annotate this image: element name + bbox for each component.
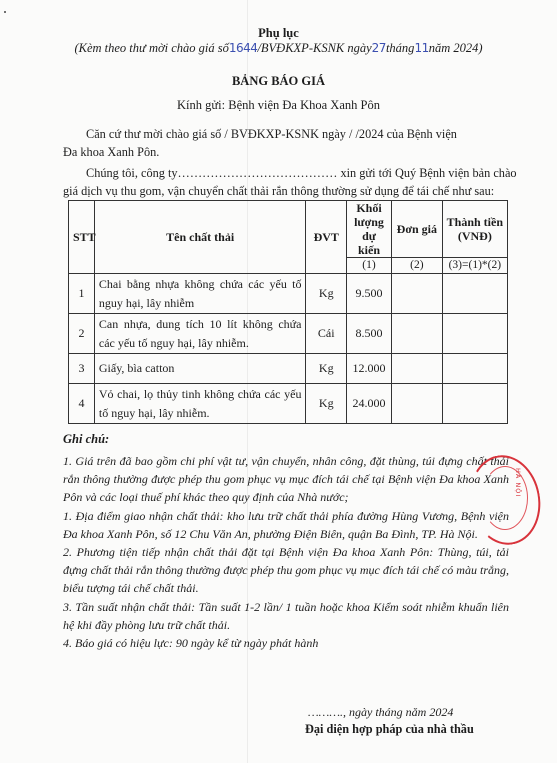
note-item: 1. Giá trên đã bao gồm chi phí vật tư, v… (63, 452, 509, 507)
cell-stt: 1 (69, 274, 95, 314)
cell-unit: Kg (306, 384, 347, 424)
cell-qty: 12.000 (347, 354, 392, 384)
cell-qty: 8.500 (347, 314, 392, 354)
para2-line1: Chúng tôi, công ty………………………………… xin gửi … (86, 166, 517, 181)
subtitle-month-label: tháng (386, 41, 414, 55)
cell-unit: Kg (306, 354, 347, 384)
cell-price (392, 384, 443, 424)
cell-name: Chai bằng nhựa không chứa các yếu tố ngu… (94, 274, 306, 314)
cell-total (442, 354, 507, 384)
cell-stt: 3 (69, 354, 95, 384)
scan-speck (4, 11, 6, 13)
cell-qty: 24.000 (347, 384, 392, 424)
handwritten-day: 27 (372, 41, 386, 55)
subtitle-suffix: năm 2024) (429, 41, 483, 55)
header-price: Đơn giá (392, 201, 443, 258)
table-row: 2 Can nhựa, dung tích 10 lít không chứa … (69, 314, 508, 354)
document-title: BẢNG BÁO GIÁ (0, 74, 557, 89)
header-qty: Khối lượng dự kiến (347, 201, 392, 258)
subheader-price: (2) (392, 258, 443, 274)
cell-total (442, 274, 507, 314)
handwritten-number: 1644 (229, 41, 258, 55)
price-quote-table: STT Tên chất thải ĐVT Khối lượng dự kiến… (68, 200, 508, 424)
cell-price (392, 274, 443, 314)
cell-total (442, 384, 507, 424)
cell-stt: 4 (69, 384, 95, 424)
header-total: Thành tiền (VNĐ) (442, 201, 507, 258)
note-item: 3. Tần suất nhận chất thải: Tần suất 1-2… (63, 598, 509, 634)
notes-list: 1. Giá trên đã bao gồm chi phí vật tư, v… (63, 452, 509, 652)
header-stt: STT (69, 201, 95, 274)
notes-title: Ghi chú: (63, 432, 109, 447)
note-item: 1. Địa điểm giao nhận chất thải: kho lưu… (63, 507, 509, 543)
subtitle-ref: /BVĐKXP-KSNK ngày (257, 41, 371, 55)
cell-name: Giấy, bìa catton (94, 354, 306, 384)
cell-stt: 2 (69, 314, 95, 354)
cell-price (392, 314, 443, 354)
note-item: 4. Báo giá có hiệu lực: 90 ngày kể từ ng… (63, 634, 509, 652)
red-stamp-text: HÀ NỘI (514, 468, 522, 497)
cell-name: Can nhựa, dung tích 10 lít không chứa cá… (94, 314, 306, 354)
signature-title: Đại diện hợp pháp của nhà thầu (305, 722, 474, 737)
cell-unit: Kg (306, 274, 347, 314)
cell-total (442, 314, 507, 354)
table-row: 4 Vỏ chai, lọ thủy tinh không chứa các y… (69, 384, 508, 424)
cell-unit: Cái (306, 314, 347, 354)
subtitle-prefix: (Kèm theo thư mời chào giá số (74, 41, 228, 55)
header-unit: ĐVT (306, 201, 347, 274)
appendix-title: Phụ lục (0, 26, 557, 41)
cell-price (392, 354, 443, 384)
subheader-total: (3)=(1)*(2) (442, 258, 507, 274)
para1-line1: Căn cứ thư mời chào giá số / BVĐKXP-KSNK… (86, 127, 457, 142)
table-row: 3 Giấy, bìa catton Kg 12.000 (69, 354, 508, 384)
table-row: 1 Chai bằng nhựa không chứa các yếu tố n… (69, 274, 508, 314)
para2-line2: giá dịch vụ thu gom, vận chuyển chất thả… (63, 184, 494, 199)
handwritten-month: 11 (414, 41, 428, 55)
appendix-subtitle: (Kèm theo thư mời chào giá số1644/BVĐKXP… (0, 41, 557, 56)
note-item: 2. Phương tiện tiếp nhận chất thải đặt t… (63, 543, 509, 598)
para1-line2: Đa khoa Xanh Pôn. (63, 145, 159, 160)
header-name: Tên chất thải (94, 201, 306, 274)
subheader-qty: (1) (347, 258, 392, 274)
signature-date-line: ………., ngày tháng năm 2024 (308, 705, 453, 720)
cell-name: Vỏ chai, lọ thủy tinh không chứa các yếu… (94, 384, 306, 424)
cell-qty: 9.500 (347, 274, 392, 314)
salutation: Kính gửi: Bệnh viện Đa Khoa Xanh Pôn (0, 98, 557, 113)
